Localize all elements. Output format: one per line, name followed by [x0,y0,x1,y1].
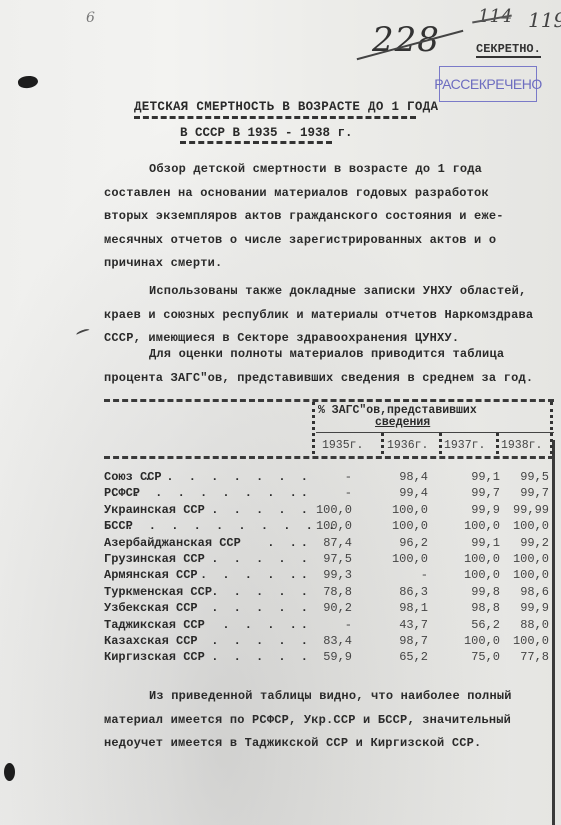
text-line: Из приведенной таблицы видно, что наибол… [104,685,561,709]
leader-dots: . . . . . . . . . . . [104,519,312,533]
column-header-year: 1935г. [322,439,363,452]
table-cell: 99,9 [497,601,549,615]
stamp-text: РАССЕКРЕЧЕНО [434,76,542,92]
table-cell: 98,7 [376,634,428,648]
classification-label: СЕКРЕТНО. [476,42,541,58]
table-cell: 43,7 [376,618,428,632]
table-cell: 90,2 [300,601,352,615]
table-row: Туркменская ССР. . . . .78,886,399,898,6 [104,585,554,601]
table-cell: 98,1 [376,601,428,615]
leader-dots: . . . . . [104,601,312,615]
table-cell: 56,2 [448,618,500,632]
text-line: Использованы также докладные записки УНХ… [104,280,561,304]
document-subtitle: В СССР В 1935 - 1938 г. [180,126,353,140]
table-cell: 99,1 [448,470,500,484]
text-line: составлен на основании материалов годовы… [104,182,561,206]
column-header-year: 1938г. [501,439,542,452]
table-cell: 100,0 [376,503,428,517]
leader-dots: . . . . . . . . [104,470,312,484]
table-body: Союз ССР. . . . . . . .-98,499,199,5РСФС… [104,470,554,667]
table-column-divider [550,402,553,454]
table-cell: 100,0 [448,552,500,566]
table-cell: 100,0 [448,634,500,648]
table-cell: 100,0 [497,634,549,648]
column-header-year: 1937г. [444,439,485,452]
leader-dots: . . . . . . . . .. [104,486,312,500]
table-cell: 100,0 [497,552,549,566]
leader-dots: . . . . . [104,552,312,566]
table-row: Таджикская ССР. . . ..-43,756,288,0 [104,618,554,634]
table-cell: 98,8 [448,601,500,615]
table-column-divider [439,433,442,454]
table-cell: - [300,486,352,500]
text-line: Обзор детской смертности в возрасте до 1… [104,158,561,182]
table-row: Киргизская ССР. . . . .59,965,275,077,8 [104,650,554,666]
punch-hole-mark [4,763,15,781]
leader-dots: . . . .. [104,618,312,632]
table-cell: 77,8 [497,650,549,664]
subtitle-underline [180,141,332,147]
table-cell: 99,1 [448,536,500,550]
table-cell: 99,5 [497,470,549,484]
table-row: БССР. . . . . . . . . . .100,0100,0100,0… [104,519,554,535]
table-top-rule [104,399,554,402]
table-cell: 100,0 [448,568,500,582]
paragraph-sources: Использованы также докладные записки УНХ… [104,280,561,351]
text-line: Для оценки полноты материалов приводится… [104,343,561,367]
text-line: месячных отчетов о числе зарегистрирован… [104,229,561,253]
paragraph-conclusion: Из приведенной таблицы видно, что наибол… [104,685,561,756]
pencil-mark: 6 [86,10,95,26]
document-title: ДЕТСКАЯ СМЕРТНОСТЬ В ВОЗРАСТЕ ДО 1 ГОДА [134,100,438,114]
text-line: процента ЗАГС"ов, представивших сведения… [104,367,561,391]
column-header-year: 1936г. [387,439,428,452]
table-cell: 86,3 [376,585,428,599]
table-row: Казахская ССР. . . . .83,498,7100,0100,0 [104,634,554,650]
table-cell: - [300,618,352,632]
document-page: 6 228 114 119 СЕКРЕТНО. РАССЕКРЕЧЕНО ДЕТ… [0,0,561,825]
table-cell: 96,2 [376,536,428,550]
text-line: вторых экземпляров актов гражданского со… [104,205,561,229]
table-cell: 99,8 [448,585,500,599]
table-cell: 97,5 [300,552,352,566]
table-cell: 99,7 [497,486,549,500]
table-cell: 100,0 [497,568,549,582]
archive-number: 119 [528,8,561,32]
table-cell: - [300,470,352,484]
paragraph-intro: Обзор детской смертности в возрасте до 1… [104,158,561,276]
table-cell: 75,0 [448,650,500,664]
table-row: РСФСР. . . . . . . . ..-99,499,799,7 [104,486,554,502]
table-cell: 100,0 [376,552,428,566]
table-row: Узбекская ССР. . . . .90,298,198,899,9 [104,601,554,617]
leader-dots: . . . . . [104,650,312,664]
table-cell: 98,6 [497,585,549,599]
table-cell: 99,2 [497,536,549,550]
leader-dots: . .. [104,536,312,550]
table-cell: 78,8 [300,585,352,599]
table-cell: 100,0 [497,519,549,533]
table-row: Азербайджанская ССР. ..87,496,299,199,2 [104,536,554,552]
table-cell: 99,99 [497,503,549,517]
leader-dots: . . . . . [104,585,312,599]
table-cell: 98,4 [376,470,428,484]
leader-dots: . . . . . [104,634,312,648]
text-line: причинах смерти. [104,252,561,276]
table-column-divider [381,433,384,454]
table-cell: 65,2 [376,650,428,664]
table-cell: 88,0 [497,618,549,632]
table-cell: 100,0 [448,519,500,533]
table-group-header: % ЗАГС"ов,представивших сведения [318,405,477,429]
leader-dots: . . . . .. [104,568,312,582]
table-column-divider [312,402,315,454]
table-cell: 99,9 [448,503,500,517]
table-row: Союз ССР. . . . . . . .-98,499,199,5 [104,470,554,486]
title-underline [134,116,416,122]
table-cell: 100,0 [376,519,428,533]
table-cell: 59,9 [300,650,352,664]
punch-hole-mark [17,75,38,90]
table-cell: 100,0 [300,503,352,517]
group-header-line2: сведения [318,417,477,429]
text-line: недоучет имеется в Таджикской ССР и Кирг… [104,732,561,756]
table-cell: 83,4 [300,634,352,648]
table-cell: 100,0 [300,519,352,533]
leader-dots: . . . . . [104,503,312,517]
table-cell: 87,4 [300,536,352,550]
table-row: Грузинская ССР. . . . .97,5100,0100,0100… [104,552,554,568]
table-cell: 99,7 [448,486,500,500]
declassified-stamp: РАССЕКРЕЧЕНО [439,66,537,102]
table-header-bottom-rule [104,456,554,459]
pencil-tick-mark [76,328,91,337]
table-cell: 99,3 [300,568,352,582]
table-row: Украинская ССР. . . . .100,0100,099,999,… [104,503,554,519]
table-cell: - [376,568,428,582]
table-column-divider [496,433,499,454]
text-line: материал имеется по РСФСР, Укр.ССР и БСС… [104,709,561,733]
text-line: краев и союзных республик и материалы от… [104,304,561,328]
table-header-inner-rule [316,432,554,433]
paragraph-table-intro: Для оценки полноты материалов приводится… [104,343,561,390]
table-cell: 99,4 [376,486,428,500]
table-row: Армянская ССР. . . . ..99,3-100,0100,0 [104,568,554,584]
